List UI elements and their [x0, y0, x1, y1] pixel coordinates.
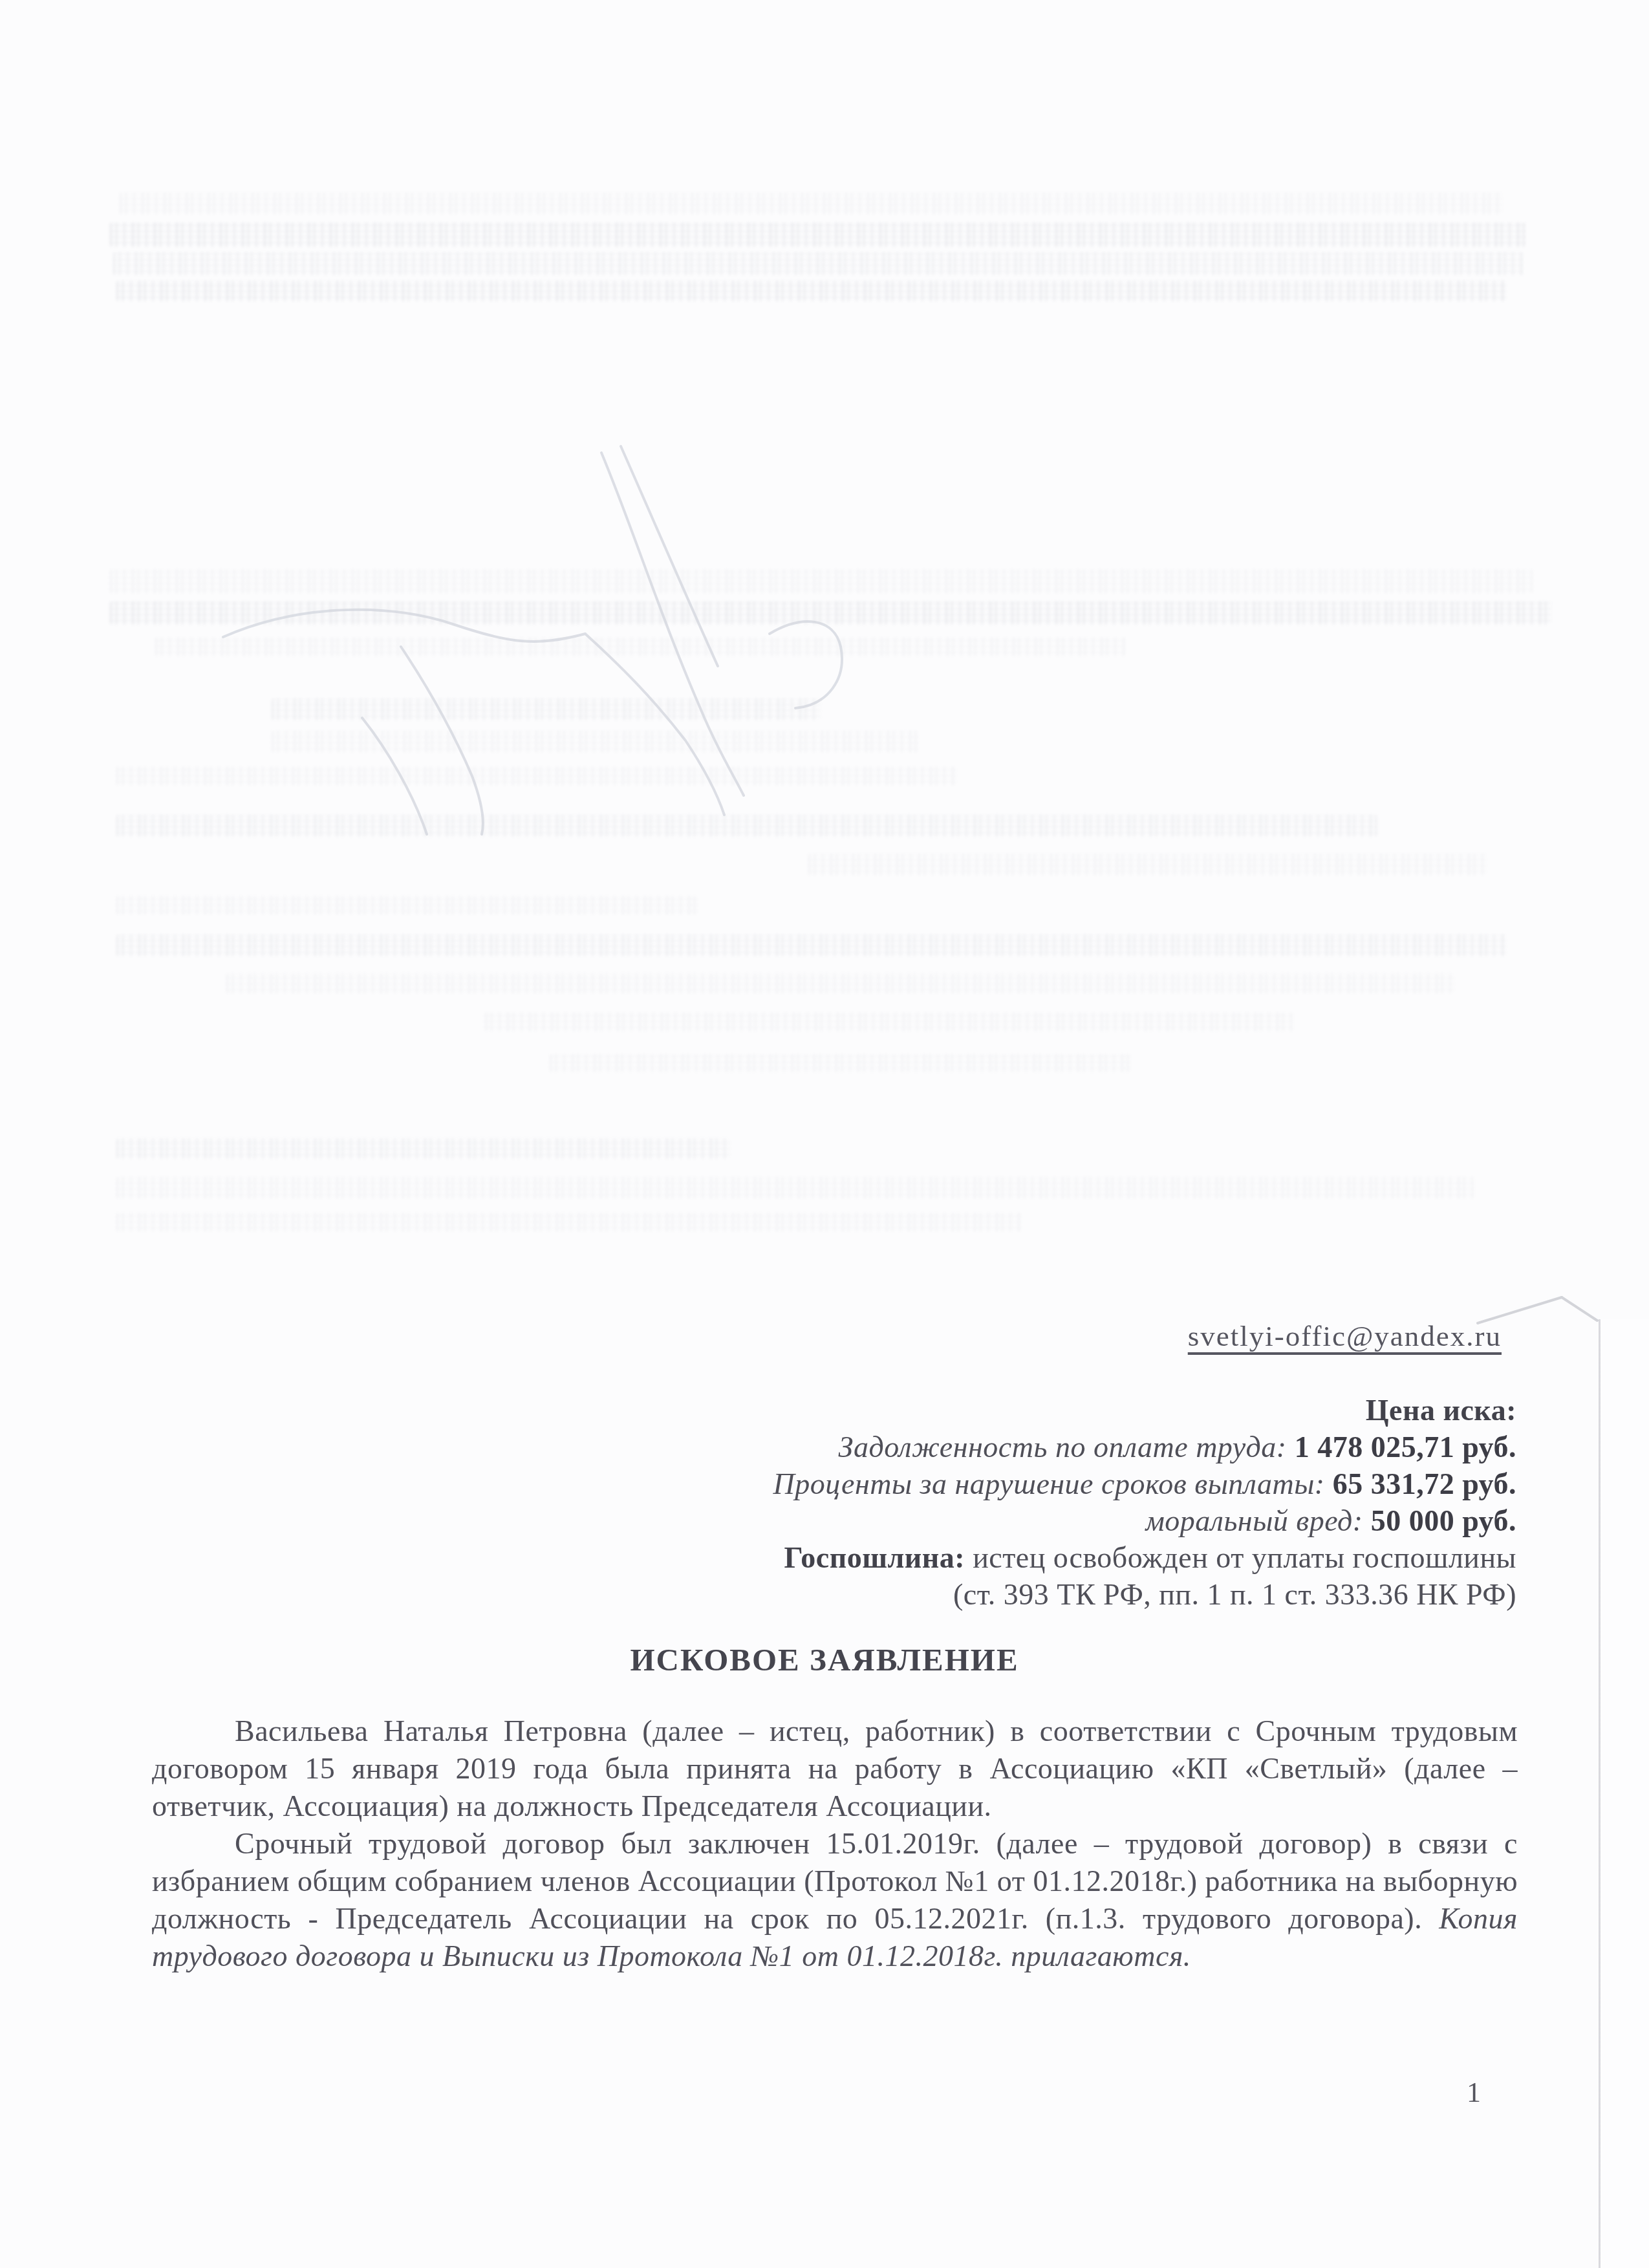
paragraph-contract: Срочный трудовой договор был заключен 15… — [152, 1825, 1518, 1975]
paragraph-employment: Васильева Наталья Петровна (далее – исте… — [152, 1712, 1518, 1825]
document-title: ИСКОВОЕ ЗАЯВЛЕНИЕ — [0, 1641, 1649, 1678]
claim-price-title: Цена иска: — [417, 1392, 1516, 1429]
scanned-document-page: svetlyi-offic@yandex.ru Цена иска: Задол… — [0, 0, 1649, 2268]
claim-item-label: Задолженность по оплате труда: — [839, 1431, 1287, 1463]
claim-item-value: 50 000 руб. — [1371, 1504, 1516, 1537]
paragraph-contract-text: Срочный трудовой договор был заключен 15… — [152, 1827, 1518, 1935]
state-fee-legal-note: (ст. 393 ТК РФ, пп. 1 п. 1 ст. 333.36 НК… — [417, 1576, 1516, 1613]
claim-item-value: 65 331,72 руб. — [1333, 1467, 1516, 1500]
claim-price-block: Цена иска: Задолженность по оплате труда… — [417, 1392, 1516, 1613]
state-fee-label: Госпошлина: — [784, 1541, 965, 1574]
claim-item-moral-damage: моральный вред: 50 000 руб. — [417, 1502, 1516, 1539]
state-fee-text: истец освобожден от уплаты госпошлины — [973, 1541, 1516, 1574]
state-fee-line: Госпошлина: истец освобожден от уплаты г… — [417, 1539, 1516, 1576]
document-body: Васильева Наталья Петровна (далее – исте… — [152, 1712, 1518, 1975]
claim-item-interest: Проценты за нарушение сроков выплаты: 65… — [417, 1465, 1516, 1502]
claim-item-value: 1 478 025,71 руб. — [1295, 1431, 1516, 1463]
claim-item-label: Проценты за нарушение сроков выплаты: — [773, 1467, 1325, 1500]
email-address: svetlyi-offic@yandex.ru — [1188, 1319, 1502, 1353]
claim-item-debt: Задолженность по оплате труда: 1 478 025… — [417, 1429, 1516, 1465]
page-number: 1 — [1467, 2076, 1482, 2109]
claim-item-label: моральный вред: — [1145, 1504, 1363, 1537]
